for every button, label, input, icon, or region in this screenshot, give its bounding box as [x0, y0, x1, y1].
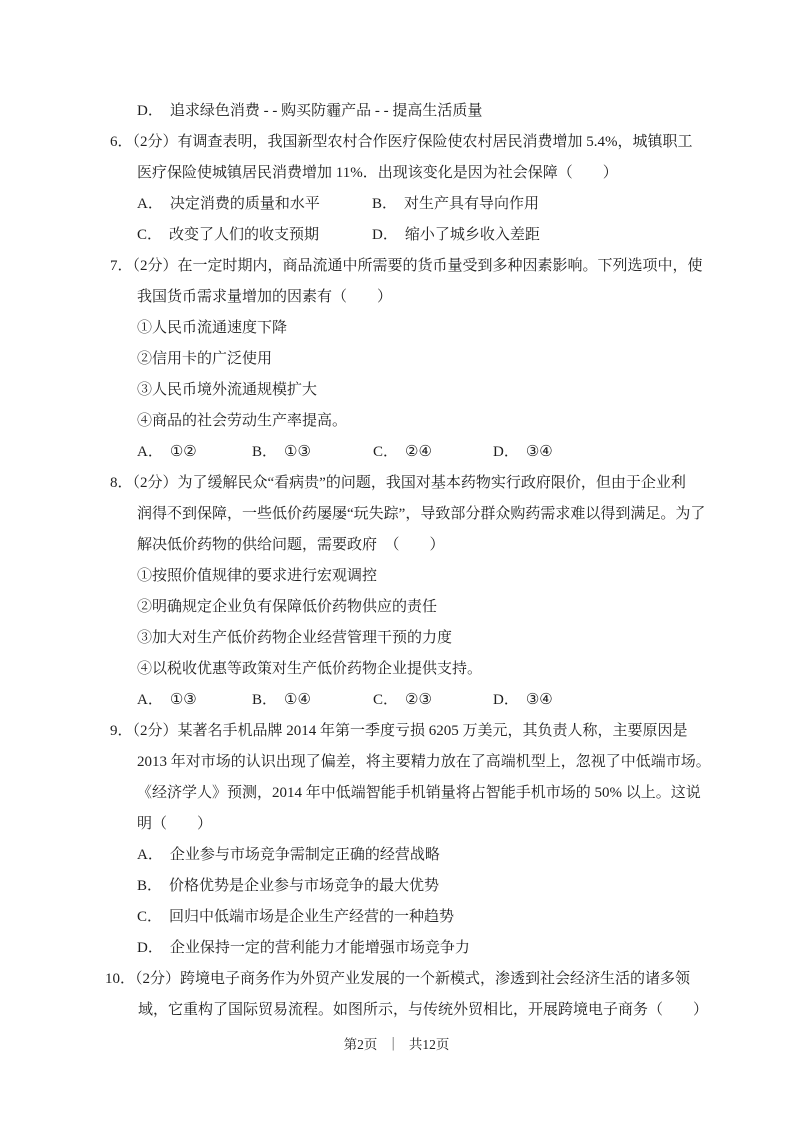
option-a: A．①③: [137, 685, 252, 716]
sub-item-text: ④以税收优惠等政策对生产低价药物企业提供支持。: [137, 661, 482, 677]
stem-line: 域，它重构了国际贸易流程。如图所示，与传统外贸相比，开展跨境电子商务（ ）: [138, 995, 720, 1026]
option-text: ①③: [170, 692, 197, 708]
stem-line: 2013 年对市场的认识出现了偏差，将主要精力放在了高端机型上，忽视了中低端市场…: [137, 747, 720, 778]
stem-text: 我国货币需求量增加的因素有（ ）: [137, 289, 392, 305]
option-d: D．③④: [493, 685, 553, 716]
option-a: A．决定消费的质量和水平: [137, 189, 372, 220]
exam-paper-page: D．追求绿色消费 - - 购买防霾产品 - - 提高生活质量 6．（2分）有调查…: [0, 0, 793, 1122]
stem-text: 医疗保险使城镇居民消费增加 11%．出现该变化是因为社会保障（ ）: [137, 165, 618, 181]
option-text: 对生产具有导向作用: [404, 196, 539, 212]
option-label: D．: [493, 692, 519, 708]
stem-line: 润得不到保障，一些低价药屡屡“玩失踪”，导致部分群众购药需求难以得到满足。为了: [137, 499, 720, 530]
stem-line: 9．（2分）某著名手机品牌 2014 年第一季度亏损 6205 万美元，其负责人…: [110, 716, 720, 747]
option-label: B．: [137, 878, 162, 894]
option-label: D．: [137, 940, 163, 956]
option-text: ③④: [526, 692, 553, 708]
option-c: C．回归中低端市场是企业生产经营的一种趋势: [137, 902, 720, 933]
option-b: B．价格优势是企业参与市场竞争的最大优势: [137, 871, 720, 902]
option-c: C．②③: [373, 685, 493, 716]
stem-line: 解决低价药物的供给问题，需要政府 （ ）: [137, 530, 720, 561]
stem-text: 域，它重构了国际贸易流程。如图所示，与传统外贸相比，开展跨境电子商务（ ）: [138, 1002, 708, 1018]
sub-item-3: ③加大对生产低价药物企业经营管理干预的力度: [137, 623, 720, 654]
stem-text: （2分）为了缓解民众“看病贵”的问题，我国对基本药物实行政府限价，但由于企业利: [133, 475, 686, 491]
option-label: A．: [137, 692, 163, 708]
sub-item-text: ③人民币境外流通规模扩大: [137, 382, 317, 398]
sub-item-1: ①按照价值规律的要求进行宏观调控: [137, 561, 720, 592]
option-label: D．: [493, 444, 519, 460]
question-number: 9．: [110, 723, 133, 739]
option-text: ③④: [526, 444, 553, 460]
question-8: 8．（2分）为了缓解民众“看病贵”的问题，我国对基本药物实行政府限价，但由于企业…: [110, 468, 720, 716]
footer-separator: ｜: [386, 1037, 400, 1052]
options-row: A．①②B．①③C．②④D．③④: [137, 437, 720, 468]
total-pages: 共12页: [409, 1037, 450, 1052]
option-c: C．改变了人们的收支预期: [137, 220, 372, 251]
option-c: C．②④: [373, 437, 493, 468]
stem-line: 明（ ）: [137, 809, 720, 840]
question-6: 6．（2分）有调查表明，我国新型农村合作医疗保险使农村居民消费增加 5.4%，城…: [110, 127, 720, 251]
option-text: 回归中低端市场是企业生产经营的一种趋势: [169, 909, 454, 925]
sub-item-text: ①人民币流通速度下降: [137, 320, 287, 336]
stem-line: 10．（2分）跨境电子商务作为外贸产业发展的一个新模式，渗透到社会经济生活的诸多…: [105, 964, 720, 995]
option-label: B．: [252, 692, 277, 708]
option-label: C．: [373, 692, 398, 708]
stem-text: （2分）跨境电子商务作为外贸产业发展的一个新模式，渗透到社会经济生活的诸多领: [135, 971, 690, 987]
sub-item-text: ②信用卡的广泛使用: [137, 351, 272, 367]
option-text: 企业参与市场竞争需制定正确的经营战略: [170, 847, 440, 863]
options-row: C．改变了人们的收支预期D．缩小了城乡收入差距: [137, 220, 720, 251]
option-text: ①③: [284, 444, 311, 460]
question-number: 8．: [110, 475, 133, 491]
option-text: ②④: [405, 444, 432, 460]
sub-item-text: ①按照价值规律的要求进行宏观调控: [137, 568, 377, 584]
option-text: ②③: [405, 692, 432, 708]
option-text: 缩小了城乡收入差距: [405, 227, 540, 243]
option-label: C．: [137, 909, 162, 925]
sub-item-1: ①人民币流通速度下降: [137, 313, 720, 344]
option-text: 企业保持一定的营利能力才能增强市场竞争力: [170, 940, 470, 956]
stem-text: （2分）在一定时期内，商品流通中所需要的货币量受到多种因素影响。下列选项中，使: [133, 258, 703, 274]
sub-item-3: ③人民币境外流通规模扩大: [137, 375, 720, 406]
question-7: 7．（2分）在一定时期内，商品流通中所需要的货币量受到多种因素影响。下列选项中，…: [110, 251, 720, 468]
option-a: A．①②: [137, 437, 252, 468]
stem-line: 《经济学人》预测，2014 年中低端智能手机销量将占智能手机市场的 50% 以上…: [137, 778, 720, 809]
stem-line: 医疗保险使城镇居民消费增加 11%．出现该变化是因为社会保障（ ）: [137, 158, 720, 189]
option-text: 价格优势是企业参与市场竞争的最大优势: [169, 878, 439, 894]
option-b: B．对生产具有导向作用: [372, 189, 539, 220]
question-number: 7．: [110, 258, 133, 274]
sub-item-text: ④商品的社会劳动生产率提高。: [137, 413, 347, 429]
stem-text: （2分）有调查表明，我国新型农村合作医疗保险使农村居民消费增加 5.4%，城镇职…: [133, 134, 693, 150]
question-9: 9．（2分）某著名手机品牌 2014 年第一季度亏损 6205 万美元，其负责人…: [110, 716, 720, 964]
stem-text: 明（ ）: [137, 816, 212, 832]
option-label: D．: [372, 227, 398, 243]
option-text: ①②: [170, 444, 197, 460]
stem-text: 《经济学人》预测，2014 年中低端智能手机销量将占智能手机市场的 50% 以上…: [137, 785, 701, 801]
question-number: 10．: [105, 971, 135, 987]
prev-question-option-d: D．追求绿色消费 - - 购买防霾产品 - - 提高生活质量: [137, 96, 720, 127]
option-a: A．企业参与市场竞争需制定正确的经营战略: [137, 840, 720, 871]
stem-line: 我国货币需求量增加的因素有（ ）: [137, 282, 720, 313]
sub-item-text: ③加大对生产低价药物企业经营管理干预的力度: [137, 630, 452, 646]
option-text: 追求绿色消费 - - 购买防霾产品 - - 提高生活质量: [170, 103, 482, 119]
sub-item-text: ②明确规定企业负有保障低价药物供应的责任: [137, 599, 437, 615]
options-row: A．①③B．①④C．②③D．③④: [137, 685, 720, 716]
sub-item-2: ②明确规定企业负有保障低价药物供应的责任: [137, 592, 720, 623]
page-content: D．追求绿色消费 - - 购买防霾产品 - - 提高生活质量 6．（2分）有调查…: [110, 96, 720, 1026]
option-d: D．③④: [493, 437, 553, 468]
stem-text: 2013 年对市场的认识出现了偏差，将主要精力放在了高端机型上，忽视了中低端市场…: [137, 754, 711, 770]
sub-item-2: ②信用卡的广泛使用: [137, 344, 720, 375]
option-d: D．企业保持一定的营利能力才能增强市场竞争力: [137, 933, 720, 964]
option-label: A．: [137, 196, 163, 212]
option-label: D．: [137, 103, 163, 119]
option-text: 决定消费的质量和水平: [170, 196, 320, 212]
option-d: D．缩小了城乡收入差距: [372, 220, 540, 251]
stem-line: 8．（2分）为了缓解民众“看病贵”的问题，我国对基本药物实行政府限价，但由于企业…: [110, 468, 720, 499]
option-label: B．: [252, 444, 277, 460]
stem-text: 润得不到保障，一些低价药屡屡“玩失踪”，导致部分群众购药需求难以得到满足。为了: [137, 506, 705, 522]
stem-text: 解决低价药物的供给问题，需要政府 （ ）: [137, 537, 445, 553]
option-label: C．: [373, 444, 398, 460]
page-footer: 第2页｜共12页: [0, 1032, 793, 1058]
option-b: B．①④: [252, 685, 373, 716]
stem-line: 6．（2分）有调查表明，我国新型农村合作医疗保险使农村居民消费增加 5.4%，城…: [110, 127, 720, 158]
option-label: A．: [137, 444, 163, 460]
stem-text: （2分）某著名手机品牌 2014 年第一季度亏损 6205 万美元，其负责人称，…: [133, 723, 688, 739]
option-text: ①④: [284, 692, 311, 708]
option-label: B．: [372, 196, 397, 212]
option-b: B．①③: [252, 437, 373, 468]
stem-line: 7．（2分）在一定时期内，商品流通中所需要的货币量受到多种因素影响。下列选项中，…: [110, 251, 720, 282]
option-label: A．: [137, 847, 163, 863]
option-label: C．: [137, 227, 162, 243]
sub-item-4: ④以税收优惠等政策对生产低价药物企业提供支持。: [137, 654, 720, 685]
options-row: A．决定消费的质量和水平B．对生产具有导向作用: [137, 189, 720, 220]
sub-item-4: ④商品的社会劳动生产率提高。: [137, 406, 720, 437]
page-number: 第2页: [344, 1037, 378, 1052]
question-number: 6．: [110, 134, 133, 150]
option-text: 改变了人们的收支预期: [169, 227, 319, 243]
question-10: 10．（2分）跨境电子商务作为外贸产业发展的一个新模式，渗透到社会经济生活的诸多…: [110, 964, 720, 1026]
